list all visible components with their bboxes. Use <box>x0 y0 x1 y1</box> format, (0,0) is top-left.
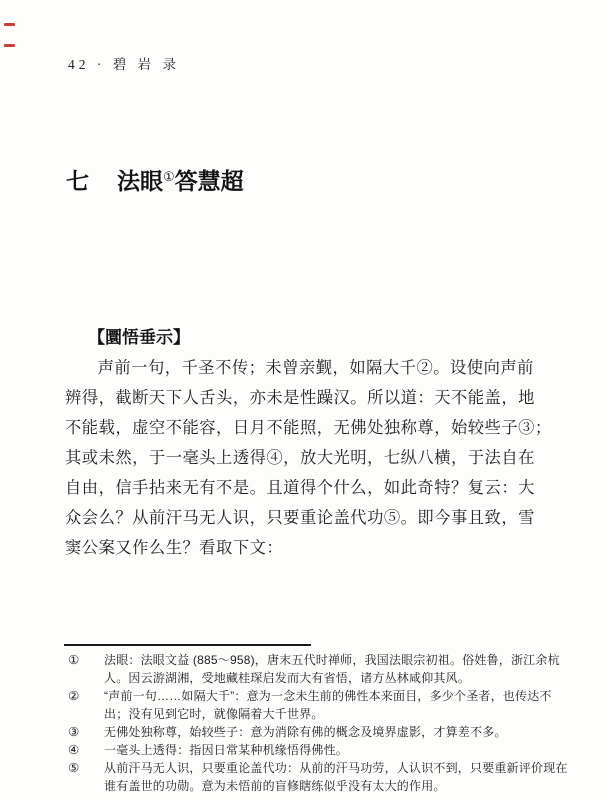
footnotes-block: ① 法眼：法眼文益 (885～958)，唐末五代时禅师，我国法眼宗初祖。俗姓鲁，… <box>68 651 580 795</box>
paragraph-line: 自由，信手拈来无有不是。且道得个什么，如此奇特？复云：大 <box>65 473 543 503</box>
footnote: ① 法眼：法眼文益 (885～958)，唐末五代时禅师，我国法眼宗初祖。俗姓鲁，… <box>68 651 580 687</box>
chapter-number: 七 <box>66 169 89 194</box>
paragraph-line: 声前一句，千圣不传；未曾亲觐，如隔大千②。设使向声前 <box>65 353 543 383</box>
footnote-marker: ⑤ <box>68 759 104 777</box>
footnote-text: “声前一句……如隔大千”：意为一念未生前的佛性本来面目，多少个圣者，也传达不 出… <box>104 687 580 723</box>
chapter-name-pre: 法眼 <box>117 169 163 194</box>
footnote-marker: ④ <box>68 741 104 759</box>
footnote-line: 从前汗马无人识，只要重论盖代功：从前的汗马功劳，人认识不到，只要重新评价现在 <box>104 759 580 777</box>
paragraph-line: 辨得，截断天下人舌头，亦未是性躁汉。所以道：天不能盖，地 <box>65 383 543 413</box>
footnote-text: 从前汗马无人识，只要重论盖代功：从前的汗马功劳，人认识不到，只要重新评价现在 谁… <box>104 759 580 795</box>
chapter-name-post: 答慧超 <box>175 169 244 194</box>
footnote-line: 出；没有见到它时，就像隔着大千世界。 <box>104 705 580 723</box>
footnote-marker: ② <box>68 687 104 705</box>
footnote: ② “声前一句……如隔大千”：意为一念未生前的佛性本来面目，多少个圣者，也传达不… <box>68 687 580 723</box>
footnote-text: 一毫头上透得：指因日常某种机缘悟得佛性。 <box>104 741 580 759</box>
section-heading: 【圜悟垂示】 <box>88 323 190 348</box>
footnote-line: “声前一句……如隔大千”：意为一念未生前的佛性本来面目，多少个圣者，也传达不 <box>104 687 580 705</box>
footnote-ref-superscript: ① <box>163 169 175 184</box>
footnote-marker: ① <box>68 651 104 669</box>
paragraph-line: 不能载，虚空不能容，日月不能照，无佛处独称尊，始较些子③； <box>65 413 543 443</box>
paragraph-line: 众会么？从前汗马无人识，只要重论盖代功⑤。即今事且致，雪 <box>65 503 543 533</box>
footnote: ⑤ 从前汗马无人识，只要重论盖代功：从前的汗马功劳，人认识不到，只要重新评价现在… <box>68 759 580 795</box>
paragraph-line: 窦公案又作么生？看取下文： <box>65 533 543 563</box>
footnote-line: 人。因云游湖湘，受地藏桂琛启发而大有省悟，诸方丛林咸仰其风。 <box>104 669 580 687</box>
red-edge-mark <box>4 23 15 26</box>
footnote-line: 法眼：法眼文益 (885～958)，唐末五代时禅师，我国法眼宗初祖。俗姓鲁，浙江… <box>104 651 580 669</box>
paragraph-line: 其或未然，于一毫头上透得④，放大光明，七纵八横，于法自在 <box>65 443 543 473</box>
red-edge-mark <box>4 44 15 47</box>
footnote-text: 无佛处独称尊，始较些子：意为消除有佛的概念及境界虚影，才算差不多。 <box>104 723 580 741</box>
footnote: ③ 无佛处独称尊，始较些子：意为消除有佛的概念及境界虚影，才算差不多。 <box>68 723 580 741</box>
body-paragraph: 声前一句，千圣不传；未曾亲觐，如隔大千②。设使向声前 辨得，截断天下人舌头，亦未… <box>65 353 543 563</box>
chapter-title: 七法眼①答慧超 <box>66 163 244 196</box>
footnote-marker: ③ <box>68 723 104 741</box>
scanned-book-page: 42 · 碧 岩 录 七法眼①答慧超 【圜悟垂示】 声前一句，千圣不传；未曾亲觐… <box>0 0 600 800</box>
footnote-line: 一毫头上透得：指因日常某种机缘悟得佛性。 <box>104 741 580 759</box>
footnote: ④ 一毫头上透得：指因日常某种机缘悟得佛性。 <box>68 741 580 759</box>
running-header-page-number-and-book-title: 42 · 碧 岩 录 <box>68 53 180 73</box>
footnote-line: 谁有盖世的功勋。意为未悟前的盲修瞎练似乎没有太大的作用。 <box>104 777 580 795</box>
footnote-line: 无佛处独称尊，始较些子：意为消除有佛的概念及境界虚影，才算差不多。 <box>104 723 580 741</box>
footnote-separator-rule <box>64 644 311 646</box>
footnote-text: 法眼：法眼文益 (885～958)，唐末五代时禅师，我国法眼宗初祖。俗姓鲁，浙江… <box>104 651 580 687</box>
